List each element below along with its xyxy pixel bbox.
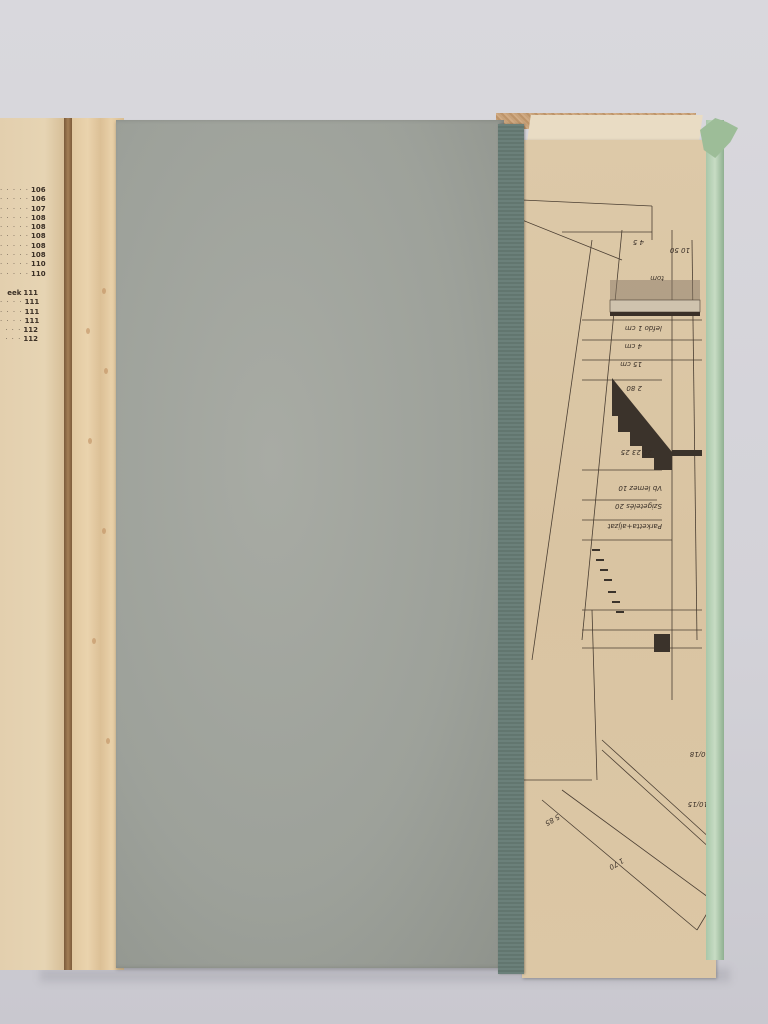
green-folded-edge [706, 120, 724, 960]
svg-text:lefdo 1 cm: lefdo 1 cm [625, 324, 662, 332]
architectural-drawing: 10 50 4 5 tom lefdo 1 cm 4 cm 15 cm 2 80… [522, 140, 716, 978]
index-entry: · · · · ·110 [0, 260, 60, 269]
svg-text:Parketta+aljzat: Parketta+aljzat [607, 522, 662, 530]
index-entry: · · ·112 [0, 326, 60, 335]
index-entry: · · · · ·106 [0, 195, 60, 204]
index-entry: · · · · ·110 [0, 270, 60, 279]
index-entry: · · · · ·108 [0, 232, 60, 241]
index-entry: · · · · ·108 [0, 223, 60, 232]
svg-text:Szigetelés 20: Szigetelés 20 [615, 502, 662, 510]
index-entry: · · · · ·107 [0, 205, 60, 214]
index-entry: eek111 [0, 289, 60, 298]
index-entry: · · · · ·106 [0, 186, 60, 195]
index-entry: · · · ·111 [0, 308, 60, 317]
index-entry: · · · · ·108 [0, 214, 60, 223]
svg-text:4 5: 4 5 [632, 238, 644, 246]
svg-text:10 50: 10 50 [669, 246, 690, 254]
index-entry: · · ·112 [0, 335, 60, 344]
fabric-ribbon [498, 124, 524, 974]
svg-text:5 85: 5 85 [543, 812, 561, 827]
index-entry: · · · ·111 [0, 298, 60, 307]
grey-folder-flap [116, 120, 504, 968]
index-entry: · · · · ·108 [0, 251, 60, 260]
index-list: · · · · ·106 · · · · ·106 · · · · ·107 ·… [0, 186, 60, 345]
index-entry: · · · ·111 [0, 317, 60, 326]
svg-text:22 23 25: 22 23 25 [620, 448, 652, 456]
svg-text:Vb lemez 10: Vb lemez 10 [618, 484, 662, 492]
svg-text:tom: tom [650, 274, 664, 282]
svg-text:2 80: 2 80 [626, 384, 642, 392]
svg-text:15 cm: 15 cm [620, 360, 642, 368]
svg-text:1 70: 1 70 [607, 856, 625, 871]
svg-text:10/15: 10/15 [687, 800, 708, 808]
svg-text:4 cm: 4 cm [624, 342, 642, 350]
index-entry: · · · · ·108 [0, 242, 60, 251]
